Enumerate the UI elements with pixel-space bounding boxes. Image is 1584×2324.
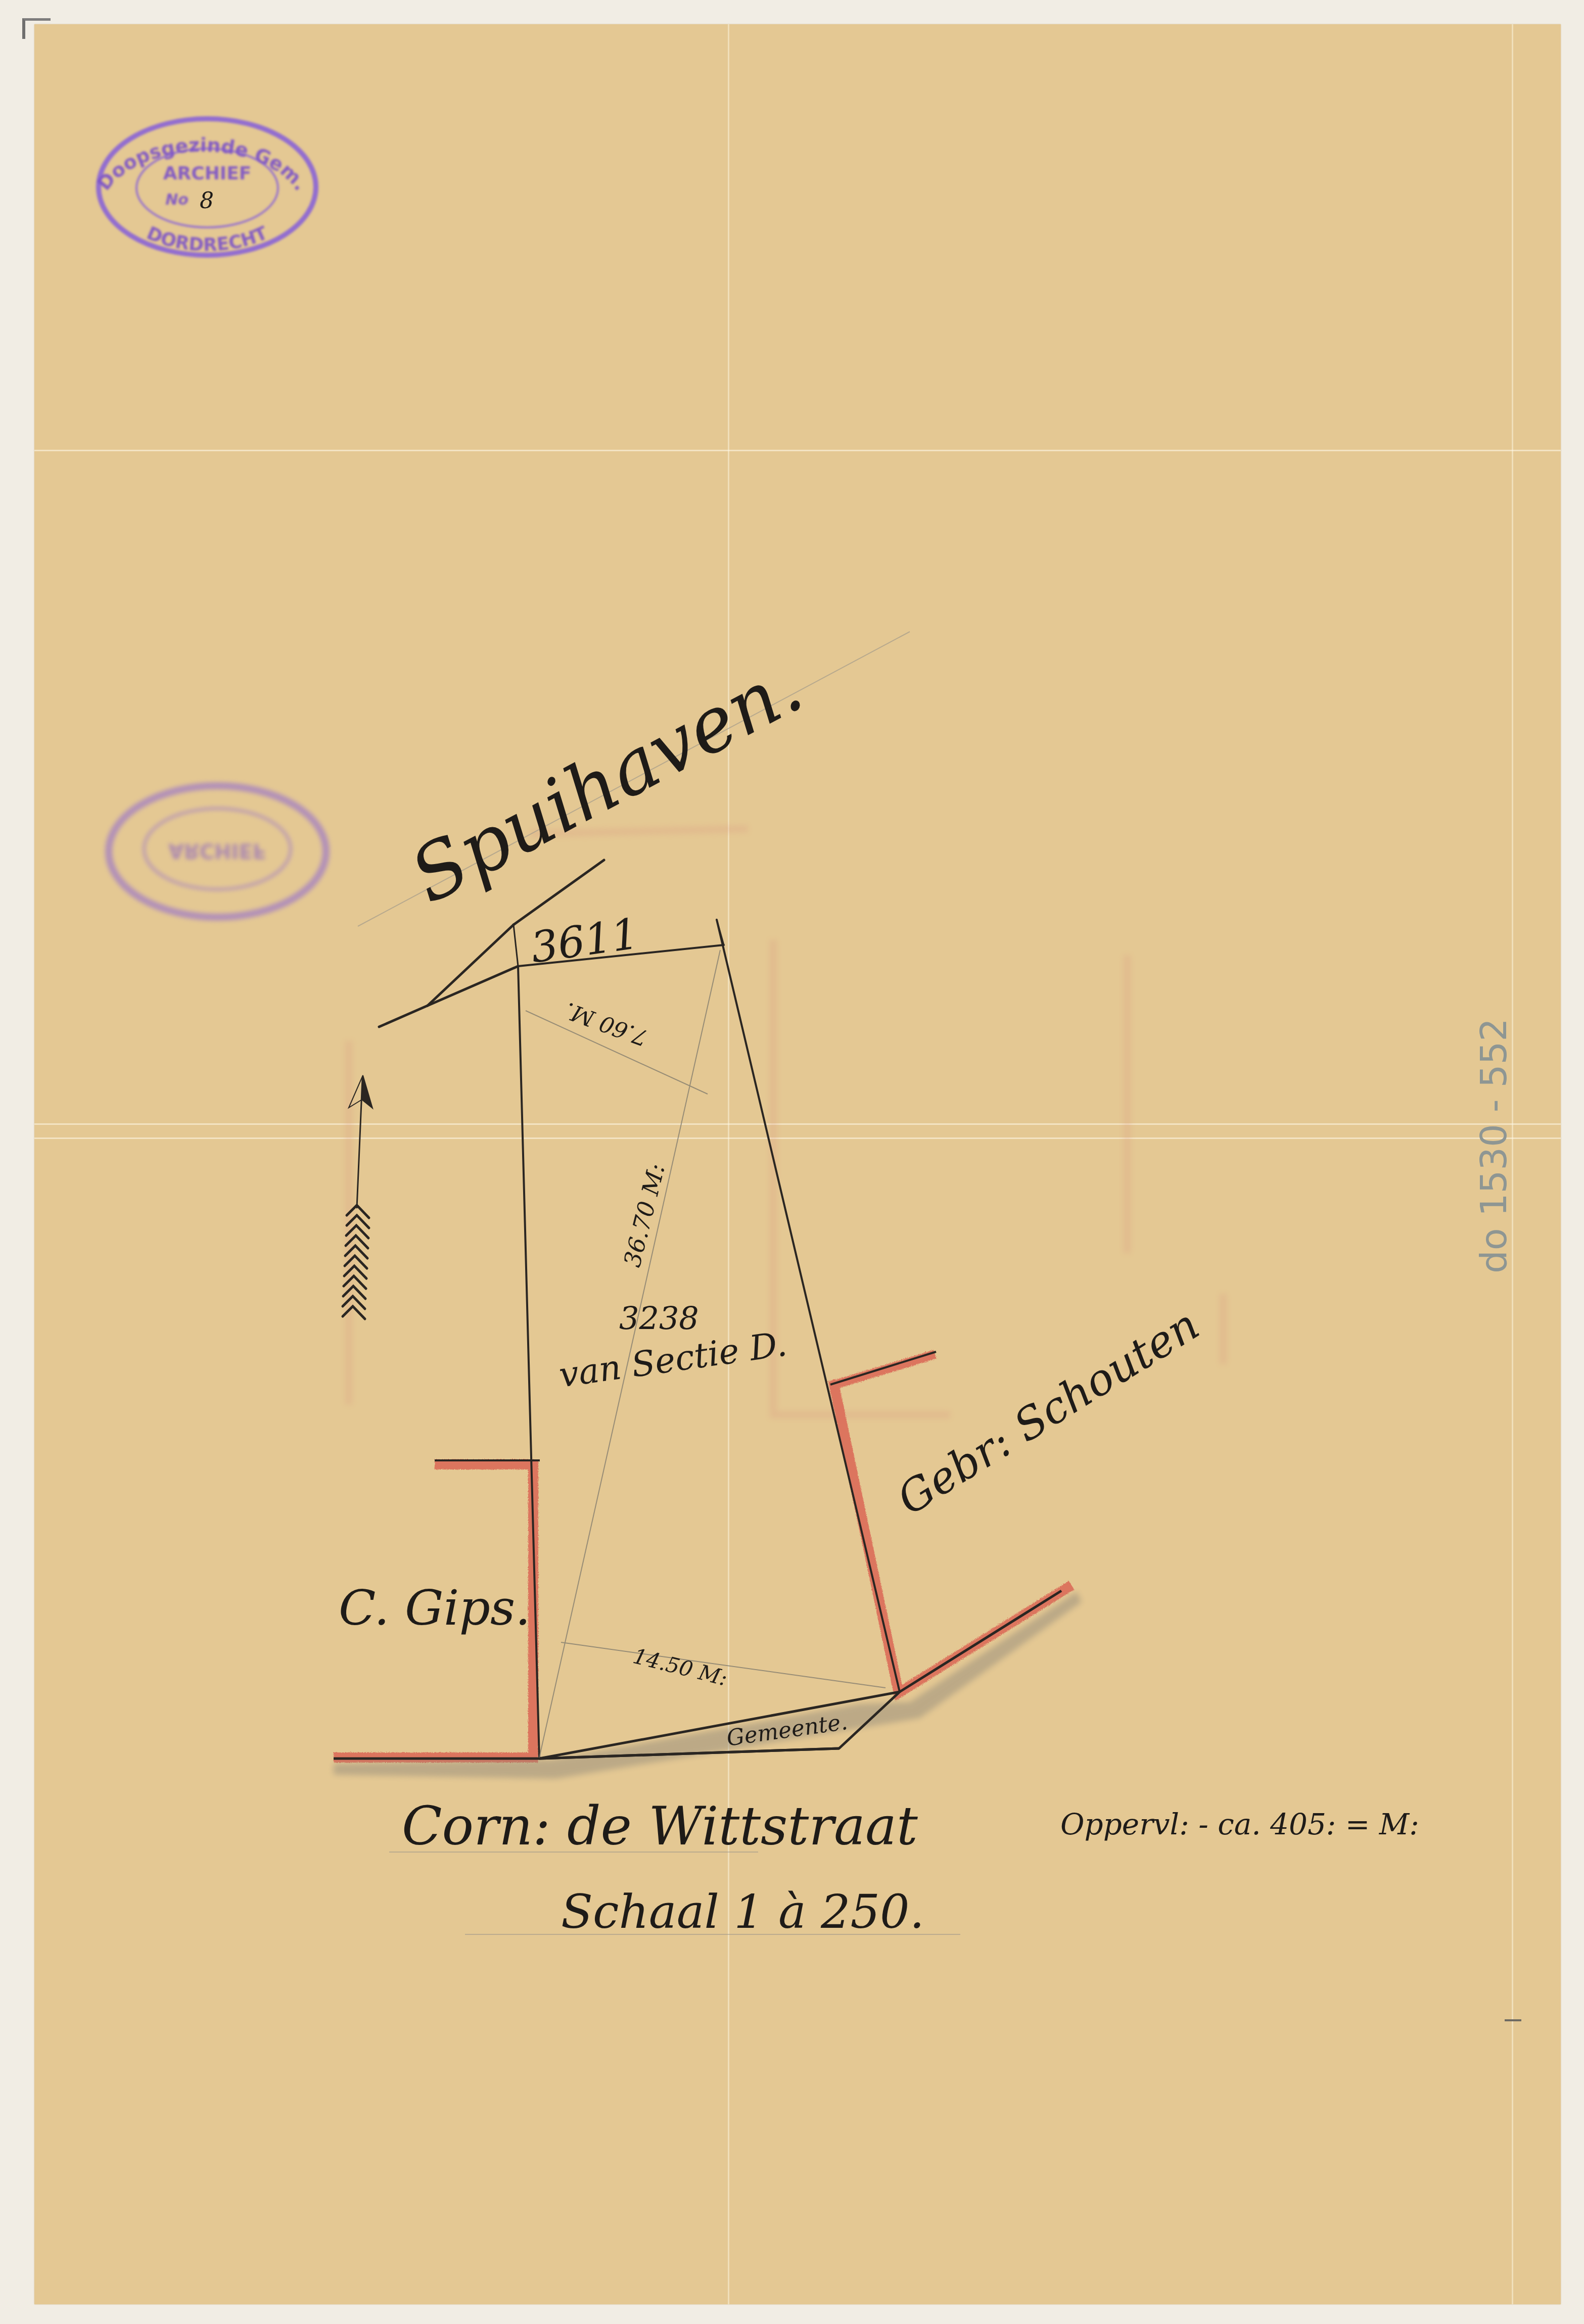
measurement-rear-diagonal: 14.50 M: (631, 1643, 730, 1691)
area-label: Oppervl: - ca. 405: = M: (1060, 1807, 1419, 1841)
street-label-spuihaven: Spuihaven. (397, 642, 816, 920)
gemeente-label: Gemeente. (725, 1709, 849, 1751)
bleed-stamp-title: ARCHIEF (168, 839, 266, 862)
archive-stamp-bleedthrough: ARCHIEF (109, 786, 326, 917)
archive-stamp: Doopsgezinde Gem. ARCHIEF No (92, 119, 316, 255)
red-bleedthrough-ghosts (349, 829, 1223, 1415)
parcel-number-label: 3238 (619, 1300, 699, 1337)
street-title: Corn: de Wittstraat (402, 1795, 918, 1857)
neighbour-west-label: C. Gips. (339, 1580, 531, 1636)
parcel-north-east-corner (514, 925, 518, 966)
stamp-number-label: No (165, 191, 189, 209)
stamp-title: ARCHIEF (163, 163, 252, 184)
map-drawing: Doopsgezinde Gem. ARCHIEF No 8 DORDRECHT… (0, 0, 1584, 2324)
measurement-diagonal: 36.70 M: (618, 1161, 670, 1270)
stamp-number-value: 8 (200, 188, 214, 214)
scale-label: Schaal 1 à 250. (561, 1885, 924, 1939)
measurement-front-width: 7.60 M. (562, 997, 651, 1051)
margin-pencil-note: do 1530 - 552 (1472, 1018, 1515, 1273)
red-crayon-boundaries (334, 1354, 1071, 1758)
